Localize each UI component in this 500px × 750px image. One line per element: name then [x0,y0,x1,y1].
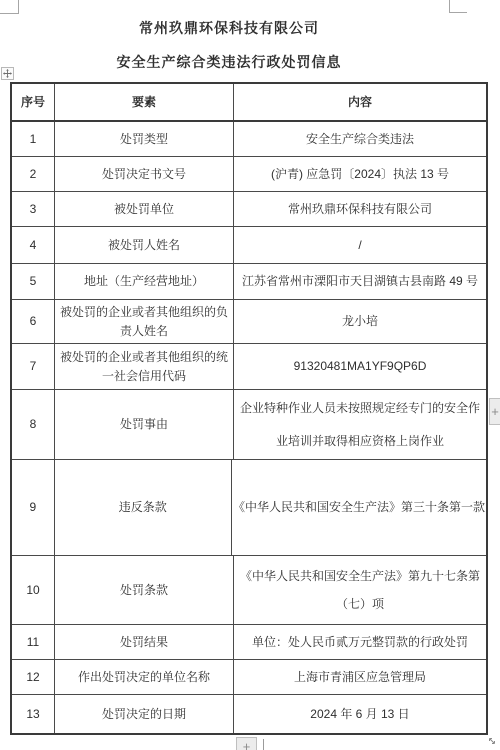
row-label[interactable]: 处罚结果 [55,625,234,659]
table-resize-handle[interactable] [486,736,497,747]
row-label[interactable]: 作出处罚决定的单位名称 [55,660,234,694]
row-label[interactable]: 处罚决定的日期 [55,695,234,733]
row-no[interactable]: 1 [12,122,55,156]
row-no[interactable]: 10 [12,556,55,624]
table-row: 8 处罚事由 企业特种作业人员未按照规定经专门的安全作 业培训并取得相应资格上岗… [12,390,486,460]
row-label[interactable]: 处罚事由 [55,390,234,459]
table-row: 13 处罚决定的日期 2024 年 6 月 13 日 [12,695,486,733]
table-row: 7 被处罚的企业或者其他组织的统 一社会信用代码 91320481MA1YF9Q… [12,344,486,390]
row-no[interactable]: 6 [12,300,55,343]
table-row: 2 处罚决定书文号 (沪青) 应急罚〔2024〕执法 13 号 [12,157,486,192]
table-row: 4 被处罚人姓名 / [12,227,486,264]
document-title-company[interactable]: 常州玖鼎环保科技有限公司 [0,16,458,40]
add-column-button[interactable]: + [489,398,500,425]
row-label[interactable]: 被处罚单位 [55,192,234,226]
table-row: 11 处罚结果 单位：处人民币贰万元整罚款的行政处罚 [12,625,486,660]
row-content[interactable]: 《中华人民共和国安全生产法》第九十七条第 （七）项 [234,556,486,624]
table-row: 1 处罚类型 安全生产综合类违法 [12,122,486,157]
row-label[interactable]: 被处罚人姓名 [55,227,234,263]
row-no[interactable]: 8 [12,390,55,459]
page-margin-mark-top-right [449,0,467,13]
row-content[interactable]: 《中华人民共和国安全生产法》第三十条第一款 [232,460,486,555]
document-page: 常州玖鼎环保科技有限公司 安全生产综合类违法行政处罚信息 序号 要素 内容 1 … [0,0,500,750]
diagonal-resize-icon [487,733,497,750]
row-no[interactable]: 13 [12,695,55,733]
row-content[interactable]: 常州玖鼎环保科技有限公司 [234,192,486,226]
row-content[interactable]: 企业特种作业人员未按照规定经专门的安全作 业培训并取得相应资格上岗作业 [234,390,486,459]
row-label[interactable]: 违反条款 [55,460,232,555]
row-no[interactable]: 4 [12,227,55,263]
page-margin-mark-top-left [0,0,19,14]
row-label[interactable]: 被处罚的企业或者其他组织的负 责人姓名 [55,300,234,343]
penalty-info-table: 序号 要素 内容 1 处罚类型 安全生产综合类违法 2 处罚决定书文号 (沪青)… [10,82,488,735]
column-header-no: 序号 [12,84,55,120]
row-no[interactable]: 3 [12,192,55,226]
row-content[interactable]: (沪青) 应急罚〔2024〕执法 13 号 [234,157,486,191]
row-no[interactable]: 2 [12,157,55,191]
table-row: 3 被处罚单位 常州玖鼎环保科技有限公司 [12,192,486,227]
column-header-content: 内容 [234,84,486,120]
row-no[interactable]: 7 [12,344,55,389]
row-content[interactable]: 91320481MA1YF9QP6D [234,344,486,389]
table-row: 5 地址（生产经营地址） 江苏省常州市溧阳市天目湖镇古县南路 49 号 [12,264,486,300]
row-content[interactable]: 江苏省常州市溧阳市天目湖镇古县南路 49 号 [234,264,486,299]
row-label[interactable]: 处罚类型 [55,122,234,156]
row-no[interactable]: 12 [12,660,55,694]
table-row: 9 违反条款 《中华人民共和国安全生产法》第三十条第一款 [12,460,486,556]
table-row: 6 被处罚的企业或者其他组织的负 责人姓名 龙小培 [12,300,486,344]
row-no[interactable]: 5 [12,264,55,299]
row-label[interactable]: 地址（生产经营地址） [55,264,234,299]
row-no[interactable]: 11 [12,625,55,659]
row-content[interactable]: 单位：处人民币贰万元整罚款的行政处罚 [234,625,486,659]
add-row-button[interactable]: + [236,737,257,750]
row-no[interactable]: 9 [12,460,55,555]
table-move-handle[interactable] [1,67,14,80]
row-content[interactable]: / [234,227,486,263]
row-content[interactable]: 上海市青浦区应急管理局 [234,660,486,694]
row-label[interactable]: 处罚决定书文号 [55,157,234,191]
row-content[interactable]: 龙小培 [234,300,486,343]
document-title-subject[interactable]: 安全生产综合类违法行政处罚信息 [0,50,458,74]
table-header-row: 序号 要素 内容 [12,84,486,122]
table-row: 12 作出处罚决定的单位名称 上海市青浦区应急管理局 [12,660,486,695]
row-label[interactable]: 被处罚的企业或者其他组织的统 一社会信用代码 [55,344,234,389]
row-label[interactable]: 处罚条款 [55,556,234,624]
table-row: 10 处罚条款 《中华人民共和国安全生产法》第九十七条第 （七）项 [12,556,486,625]
column-header-element: 要素 [55,84,234,120]
ruler-tick-mark [263,739,264,750]
row-content[interactable]: 2024 年 6 月 13 日 [234,695,486,733]
row-content[interactable]: 安全生产综合类违法 [234,122,486,156]
move-cross-icon [3,65,12,83]
